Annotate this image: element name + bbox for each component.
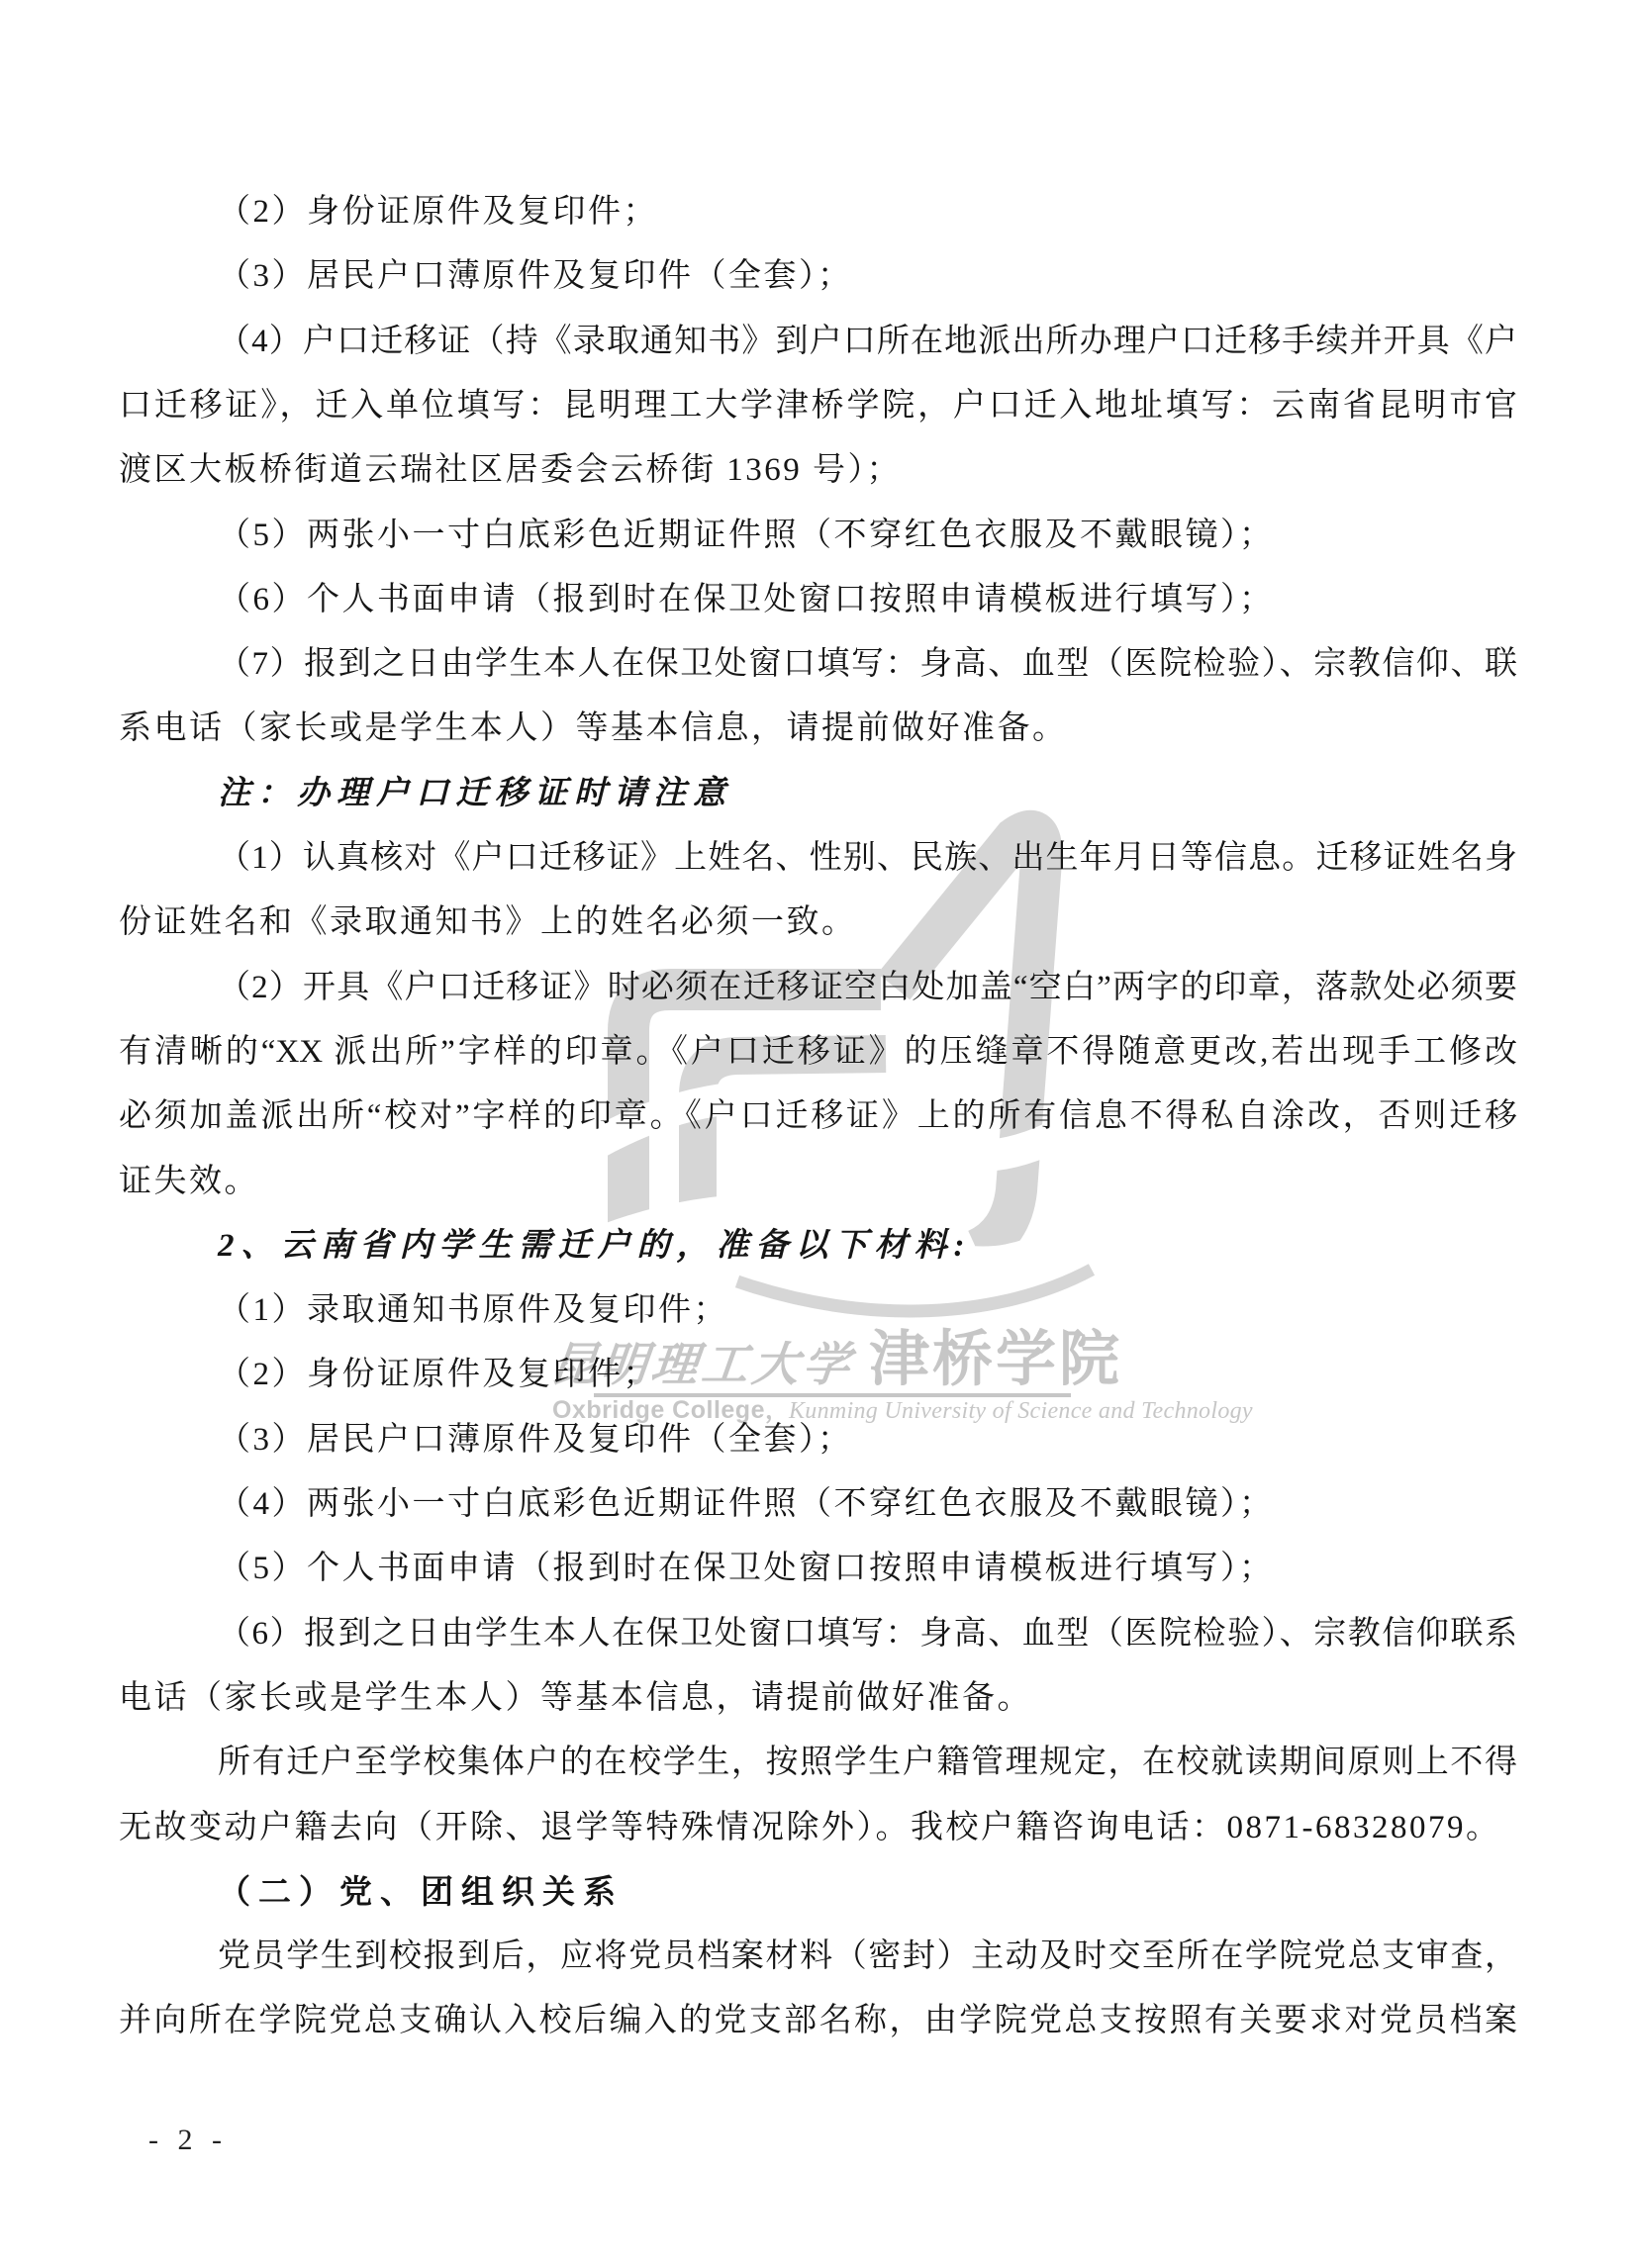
doc-line: （5）个人书面申请（报到时在保卫处窗口按照申请模板进行填写）；	[119, 1549, 1517, 1588]
doc-line: （5）两张小一寸白底彩色近期证件照（不穿红色衣服及不戴眼镜）；	[119, 516, 1517, 555]
doc-line: 并向所在学院党总支确认入校后编入的党支部名称，由学院党总支按照有关要求对党员档案	[119, 2001, 1517, 2040]
document-page: 昆明理工大学 津桥学院 Oxbridge College，Kunming Uni…	[0, 0, 1636, 2268]
doc-line: （3）居民户口薄原件及复印件（全套）；	[119, 1420, 1517, 1460]
doc-line: （4）两张小一寸白底彩色近期证件照（不穿红色衣服及不戴眼镜）；	[119, 1484, 1517, 1524]
doc-line: （2）身份证原件及复印件；	[119, 192, 1517, 232]
doc-line: （1）认真核对《户口迁移证》上姓名、性别、民族、出生年月日等信息。迁移证姓名身	[119, 838, 1517, 878]
doc-line: （6）报到之日由学生本人在保卫处窗口填写：身高、血型（医院检验）、宗教信仰联系	[119, 1614, 1517, 1654]
doc-line: （2）身份证原件及复印件；	[119, 1355, 1517, 1394]
doc-line: 注：办理户口迁移证时请注意	[119, 774, 1517, 813]
doc-line: 所有迁户至学校集体户的在校学生，按照学生户籍管理规定，在校就读期间原则上不得	[119, 1743, 1517, 1782]
doc-line: 渡区大板桥街道云瑞社区居委会云桥街 1369 号）；	[119, 450, 1517, 490]
doc-line: （1）录取通知书原件及复印件；	[119, 1290, 1517, 1330]
doc-line: （7）报到之日由学生本人在保卫处窗口填写：身高、血型（医院检验）、宗教信仰、联	[119, 644, 1517, 684]
document-body: （2）身份证原件及复印件；（3）居民户口薄原件及复印件（全套）；（4）户口迁移证…	[0, 0, 1636, 2268]
page-number: - 2 -	[148, 2124, 228, 2157]
doc-line: （二）党、团组织关系	[119, 1872, 1517, 1912]
doc-line: 有清晰的“XX 派出所”字样的印章。《户口迁移证》的压缝章不得随意更改,若出现手…	[119, 1032, 1517, 1072]
doc-line: 证失效。	[119, 1162, 1517, 1201]
doc-line: （4）户口迁移证（持《录取通知书》到户口所在地派出所办理户口迁移手续并开具《户	[119, 322, 1517, 361]
doc-line: 电话（家长或是学生本人）等基本信息，请提前做好准备。	[119, 1678, 1517, 1718]
doc-line: 份证姓名和《录取通知书》上的姓名必须一致。	[119, 902, 1517, 942]
doc-line: 党员学生到校报到后，应将党员档案材料（密封）主动及时交至所在学院党总支审查，	[119, 1937, 1517, 1976]
doc-line: （3）居民户口薄原件及复印件（全套）；	[119, 256, 1517, 296]
doc-line: 无故变动户籍去向（开除、退学等特殊情况除外）。我校户籍咨询电话：0871-683…	[119, 1808, 1517, 1847]
doc-line: 必须加盖派出所“校对”字样的印章。《户口迁移证》上的所有信息不得私自涂改，否则迁…	[119, 1096, 1517, 1136]
doc-line: （6）个人书面申请（报到时在保卫处窗口按照申请模板进行填写）；	[119, 580, 1517, 619]
doc-line: 系电话（家长或是学生本人）等基本信息，请提前做好准备。	[119, 709, 1517, 748]
doc-line: （2）开具《户口迁移证》时必须在迁移证空白处加盖“空白”两字的印章，落款处必须要	[119, 968, 1517, 1007]
doc-line: 口迁移证》，迁入单位填写：昆明理工大学津桥学院，户口迁入地址填写：云南省昆明市官	[119, 386, 1517, 425]
doc-line: 2、云南省内学生需迁户的，准备以下材料:	[119, 1226, 1517, 1266]
